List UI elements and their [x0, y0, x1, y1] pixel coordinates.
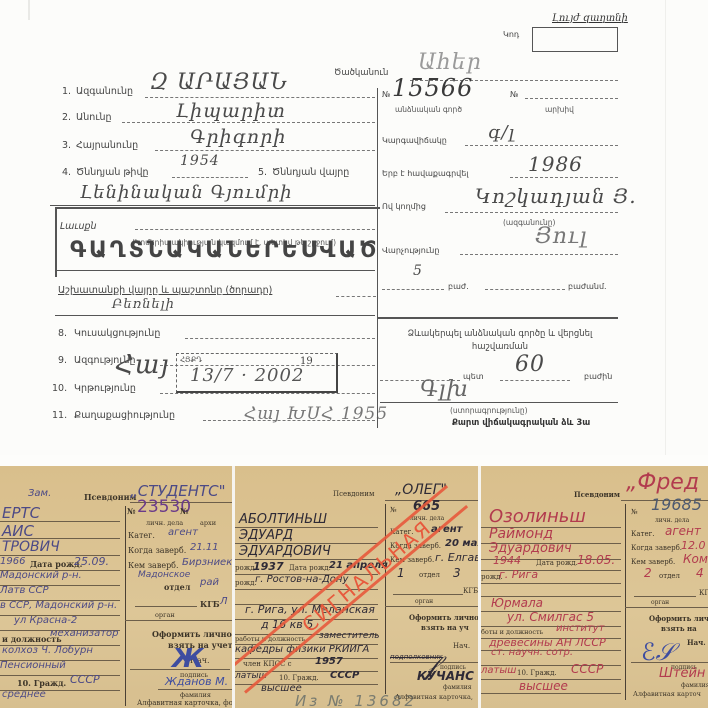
classification-title: Լույժ զաղտնի [552, 13, 628, 24]
citizenship-label: 10. Гражд. [279, 674, 319, 682]
birth-date-label: Дата рожд. [289, 564, 331, 572]
recruited-by-label: Кем заверб. [128, 561, 179, 570]
card-footer: Алфавитная карточка, фо [137, 699, 232, 707]
field-11-value: Հայ ԽՍՀ 1955 [244, 404, 388, 424]
birth-year: 1966 [0, 556, 25, 567]
code-box [532, 27, 618, 52]
kgb-label: КГБ [699, 589, 708, 597]
field-9-num: 9. [58, 355, 67, 366]
place-line-2: Латв ССР [0, 585, 49, 596]
recruited-by-value: Կոշկադյան Յ. [475, 184, 637, 208]
register-text-2: взять на уч [421, 623, 469, 632]
recruited-when: 12.0 [681, 539, 706, 552]
citizenship-label: 10. Гражд. [17, 678, 66, 688]
field-3-value: Գրիգորի [190, 126, 286, 148]
column-divider [377, 88, 378, 428]
nationality: латыш [481, 665, 516, 676]
work-label: боты и должность [481, 628, 543, 636]
citizenship: СССР [571, 662, 603, 676]
field-7-value: Բեռնելի [112, 297, 175, 312]
division-value: 5 [413, 263, 423, 279]
recruited-by: Ком [683, 552, 708, 566]
field-10-num: 10. [52, 383, 67, 394]
armenian-registration-card: Լույժ զաղտնի Կոդ Ծածկանուն Ահեր 1. Ազգան… [0, 0, 708, 455]
category: агент [665, 524, 701, 538]
department-label: Վարչությունը [382, 246, 439, 255]
field-2-label: Անունը [76, 112, 112, 123]
register-text-1: Оформить личн [649, 614, 708, 623]
field-5-num: 5. [258, 167, 267, 178]
organ-label: орган [651, 599, 669, 606]
birth-date: 25.09. [74, 555, 109, 568]
personal-file-number: 15566 [392, 74, 473, 102]
recruited-when-label: Երբ է հավաքագրվել [382, 169, 468, 178]
name: Раймонд [489, 526, 553, 542]
pseudonym-label: Псевдоним [84, 492, 136, 502]
register-text-1: Оформить личное де [152, 629, 232, 639]
head-label: Нач. [453, 642, 470, 650]
birthplace: г. Рига [499, 568, 538, 581]
head-label: Нач. [687, 638, 706, 647]
card-studentes: Зам. Псевдоним „СТУДЕНТС" ЕРТС АИС ТРОВИ… [0, 466, 232, 708]
alias-value: Ահեր [418, 50, 482, 75]
field-9-value: Հայ [115, 350, 169, 380]
birth-year: 1937 [253, 560, 284, 573]
register-instruction: Ձևակերպել անձնական գործը և վերցնել հաշվա… [400, 328, 600, 354]
dept-no: 1 [397, 566, 405, 580]
category: агент [168, 527, 198, 538]
category-label: Катег. [128, 531, 155, 540]
recruited-when-label: Когда заверб. [128, 546, 186, 555]
recruited-by-label: Ով կողմից [382, 202, 426, 211]
field-10-label: Կրթությունը [74, 383, 136, 394]
birth-date-label: Дата рожд. [536, 559, 578, 567]
category-value: գ/լ [488, 122, 515, 143]
citizenship-label: 10. Гражд. [517, 669, 557, 677]
signature-name: Штейн [659, 666, 705, 681]
citizenship: СССР [70, 673, 100, 686]
field-11-num: 11. [52, 410, 67, 421]
recruited-by-label: Кем заверб. [631, 558, 675, 566]
paper-right-edge [665, 0, 666, 455]
file-caption: личн. дела [655, 517, 689, 524]
dept-value: 4 [696, 566, 704, 580]
pseudonym-value: „Фред [626, 470, 699, 495]
recruited-when-label: Когда заверб. [631, 544, 682, 552]
field-5-label: Ծննդյան վայրը [272, 167, 349, 178]
field-4-label: Ծննդյան թիվը [76, 167, 149, 178]
surname: ЕРТС [2, 504, 40, 522]
field-1-num: 1. [62, 86, 71, 97]
patronymic: ЭДУАРДОВИЧ [239, 544, 331, 559]
field-1-value: Զ ԱՐԱՅԱՆ [150, 70, 288, 95]
date-stamp-label: ՀՅՔԴ [180, 356, 202, 364]
signature-name: КУЧАНС [417, 669, 474, 683]
work-line-3: ст. научн. сотр. [491, 647, 573, 658]
field-1-label: Ազգանունը [76, 86, 133, 97]
kgb-index-cards: Зам. Псевдоним „СТУДЕНТС" ЕРТС АИС ТРОВИ… [0, 466, 708, 708]
register-text-1: Оформить личное [409, 613, 478, 622]
register-text-2: взять на [661, 624, 697, 633]
work-line-1: заместитель [319, 631, 380, 641]
work-line-1: механизатор [50, 628, 119, 639]
place-line-3: в ССР, Мадонский р-н. [0, 600, 117, 611]
field-8-label: Կուսակցությունը [74, 328, 160, 339]
recruited-when-value: 1986 [528, 152, 583, 176]
surname-caption: фамилия [180, 691, 211, 699]
pseudonym-label: Псевдоним [574, 490, 620, 499]
head-value: 60 [515, 352, 545, 377]
party-year: 1957 [315, 656, 343, 667]
recruited-when: 21.11 [190, 542, 219, 553]
dept-label: բաժին [584, 372, 612, 381]
date-stamp-value: 13/7 · 2002 [190, 365, 304, 386]
card-oleg: Псевдоним „ОЛЕГ" АБОЛТИНЬШ ЭДУАРД ЭДУАРД… [235, 466, 478, 708]
surname-caption: фамилия [443, 684, 472, 691]
birth-date: 18.05. [577, 553, 615, 567]
dept-label: отдел [164, 582, 190, 592]
signature-name: Жданов М. [165, 675, 228, 688]
name: ЭДУАРД [239, 528, 293, 543]
kgb-label: КГБ [200, 599, 220, 609]
signature: Գլխ [420, 377, 469, 402]
birth-year: 1944 [493, 554, 521, 567]
field-8-num: 8. [58, 328, 67, 339]
form-footer: Քարտ վիճակագրական ձև 3ա [452, 418, 590, 428]
dept-value: 3 [453, 566, 461, 580]
work-line-2: колхоз Ч. Лобурн [2, 645, 93, 656]
archive-caption: արխիվ [545, 105, 574, 114]
education: среднее [2, 689, 46, 700]
paper-edge [28, 0, 30, 20]
recruited-when: 20 мая [445, 538, 478, 549]
category-label: Կարգավիճակը [382, 136, 447, 145]
field-3-label: Հայրանունը [76, 140, 138, 151]
dept-label: отдел [419, 571, 440, 579]
place-line-4: ул Красна-2 [14, 615, 77, 626]
work-line-1: институт [556, 623, 604, 634]
field-7-label: Աշխատանքի վայրը և պաշտոնը (ծորադը) [58, 285, 272, 296]
secret-stamp: ԳԱՂՏՆԱԿԱՆԵՐԵՍՎԱԾ [70, 238, 380, 263]
field-11-label: Քաղաքացիությունը [74, 410, 175, 421]
section-label: բաժանմ. [568, 282, 607, 291]
alias-label: Ծածկանուն [334, 68, 388, 78]
file-number: 19685 [651, 495, 702, 514]
field-2-value: Լիպարիտ [176, 100, 286, 122]
card-footer: Алфавитная карточка, [395, 693, 473, 701]
card-fred: Псевдоним „Фред Озолиньш Раймонд Эдуардо… [481, 466, 708, 708]
pseudonym-label: Псевдоним [333, 490, 374, 498]
recruited-by: г. Елгава [435, 551, 478, 564]
dept-prefix: Мадонское [138, 570, 190, 580]
field-5-value: Երևան [300, 180, 359, 196]
surname: АБОЛТИНЬШ [239, 512, 327, 527]
recruited-by: Бирзниекс [182, 557, 232, 568]
organ-label: орган [415, 598, 433, 605]
division-label: բաժ. [448, 282, 469, 291]
place-line-1: Мадонский р-н. [0, 570, 82, 581]
personal-file-caption: անձնական գործ [395, 105, 462, 114]
address-line-2: ул. Смилгас 5 [507, 610, 594, 624]
work-line-3: Пенсионный [0, 660, 66, 671]
card-footer: Алфавитная карточ [633, 690, 701, 698]
surname-caption: фамилия [681, 682, 708, 689]
address-line-1: Юрмала [491, 596, 543, 610]
department-value: Յուլ [535, 224, 587, 249]
code-label: Կոդ [503, 30, 519, 39]
field-3-num: 3. [62, 140, 71, 151]
dept-value: рай [200, 577, 219, 588]
top-note: Зам. [28, 488, 51, 499]
kgb-label: КГБ [463, 587, 478, 595]
education: высшее [519, 679, 568, 693]
file-caption: личн. дела [146, 519, 183, 527]
organ-label: орган [155, 611, 175, 619]
surname: Озолиньш [489, 506, 586, 527]
signature-caption: (ստորագրությունը) [450, 406, 528, 415]
field-4-value: 1954 [180, 153, 220, 169]
category-label: Катег. [631, 530, 655, 538]
patronymic: ТРОВИЧ [2, 539, 60, 555]
dept-no: 2 [644, 566, 652, 580]
citizenship: СССР [330, 670, 359, 681]
birthplace-value: Լենինական Գյումրի [80, 182, 293, 203]
field-4-num: 4. [62, 167, 71, 178]
dept-label: отдел [659, 572, 680, 580]
field-2-num: 2. [62, 112, 71, 123]
